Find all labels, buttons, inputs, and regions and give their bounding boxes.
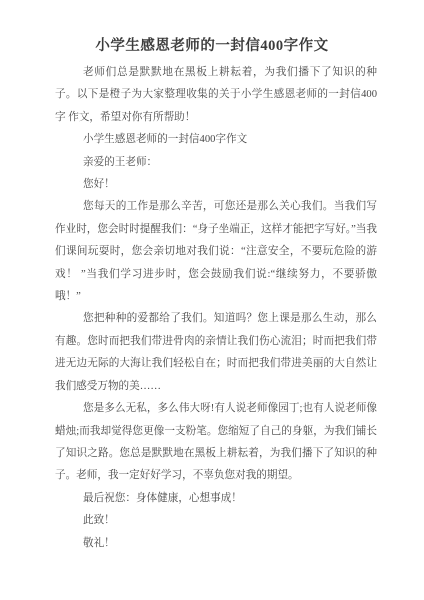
paragraph-body-1: 您每天的工作是那么辛苦，可您还是那么关心我们。当我们写作业时，您会时时提醒我们：… (55, 196, 377, 308)
document-page: 小学生感恩老师的一封信400字作文 老师们总是默默地在黑板上耕耘着，为我们播下了… (0, 0, 424, 600)
paragraph-cizhi: 此致！ (55, 510, 377, 532)
paragraph-body-2: 您把种种的爱都给了我们。知道吗？您上课是那么生动，那么有趣。您时而把我们带进骨肉… (55, 308, 377, 398)
paragraph-wishes: 最后祝您：身体健康，心想事成！ (55, 488, 377, 510)
document-body: 老师们总是默默地在黑板上耕耘着，为我们播下了知识的种子。以下是橙子为大家整理收集… (55, 62, 377, 555)
paragraph-intro: 老师们总是默默地在黑板上耕耘着，为我们播下了知识的种子。以下是橙子为大家整理收集… (55, 62, 377, 129)
paragraph-body-3: 您是多么无私，多么伟大呀!有人说老师像园丁;也有人说老师像蜡烛;而我却觉得您更像… (55, 398, 377, 488)
paragraph-subtitle: 小学生感恩老师的一封信400字作文 (55, 129, 377, 151)
paragraph-greeting: 您好！ (55, 174, 377, 196)
paragraph-salutation: 亲爱的王老师： (55, 152, 377, 174)
paragraph-jingli: 敬礼！ (55, 533, 377, 555)
page-title: 小学生感恩老师的一封信400字作文 (0, 0, 424, 55)
